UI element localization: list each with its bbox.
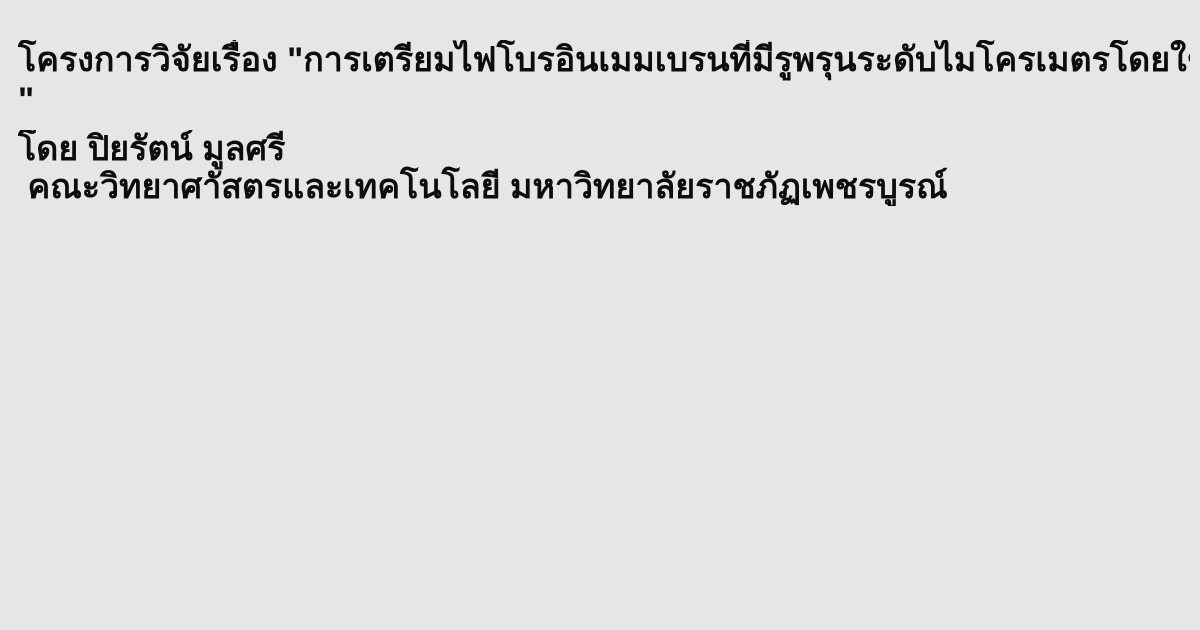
author-affiliation: คณะวิทยาศาัสตรและเทคโนโลยี มหาวิทยาลัยรา… xyxy=(18,168,1190,206)
research-share-card: โครงการวิจัยเรื่อง "การเตรียมไฟโบรอินเมม… xyxy=(0,0,1200,630)
title-line-2-closing-quote: " xyxy=(18,80,1190,120)
title-line-1: โครงการวิจัยเรื่อง "การเตรียมไฟโบรอินเมม… xyxy=(18,40,1190,80)
author-byline: โดย ปิยรัตน์ มูลศรี xyxy=(18,130,1190,168)
research-project-title: โครงการวิจัยเรื่อง "การเตรียมไฟโบรอินเมม… xyxy=(18,40,1190,120)
author-block: โดย ปิยรัตน์ มูลศรี คณะวิทยาศาัสตรและเทค… xyxy=(18,130,1190,206)
